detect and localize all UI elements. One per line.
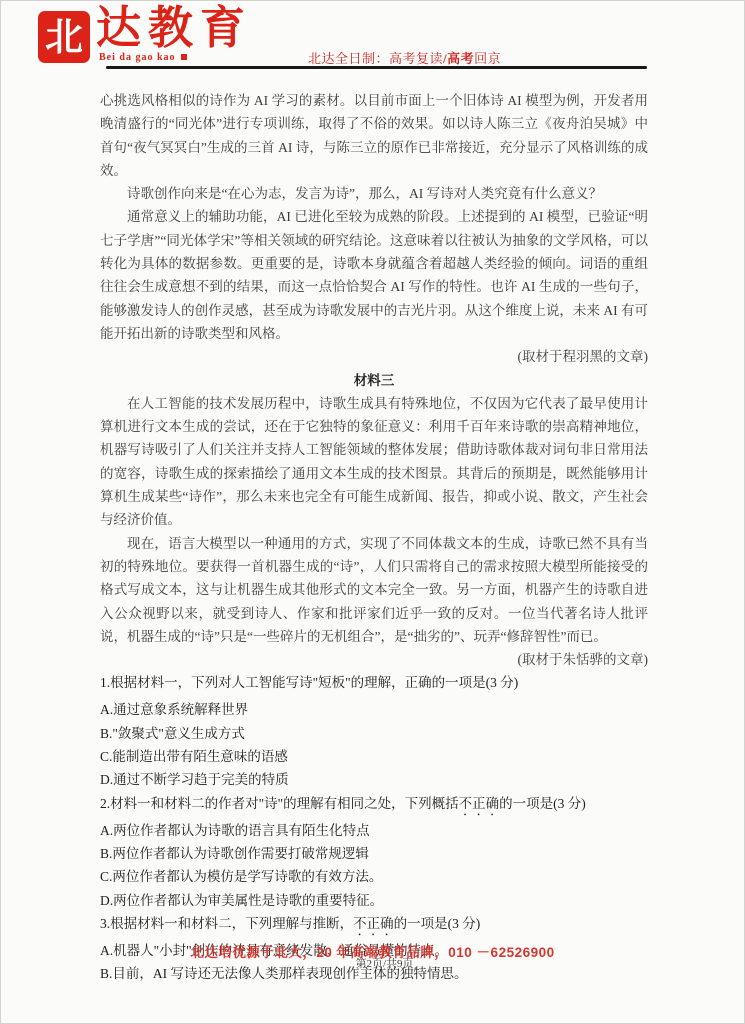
question-2-stem-text: 2.材料一和材料二的作者对"诗"的理解有相同之处，下列概括 [100, 796, 459, 811]
question-2-option-a: A.两位作者都认为诗歌的语言具有陌生化特点 [100, 819, 648, 842]
question-2-stem-emphasis: 不正确 [459, 796, 500, 811]
paragraph: 在人工智能的技术发展历程中，诗歌生成具有特殊地位，不仅因为它代表了最早使用计算机… [100, 392, 648, 532]
paragraph: 现在，语言大模型以一种通用的方式，实现了不同体裁文本的生成，诗歌已然不具有当初的… [100, 532, 648, 648]
question-1-stem: 1.根据材料一，下列对人工智能写诗"短板"的理解，正确的一项是(3 分) [100, 671, 648, 698]
source-attribution-material2: (取材于程羽黑的文章) [100, 345, 648, 368]
question-1-option-c: C.能制造出带有陌生意味的语感 [100, 745, 648, 768]
brand-name: 达教育 [96, 4, 252, 52]
question-1-option-b: B."敛聚式"意义生成方式 [100, 722, 648, 745]
page-indicator: 第2页/共9页 [24, 955, 745, 971]
question-3-stem-text: 3.根据材料一和材料二，下列理解与推断， [100, 916, 353, 931]
red-square-icon [181, 54, 187, 60]
brand-seal-icon: 北 [38, 11, 90, 63]
question-1-stem-text: 1.根据材料一，下列对人工智能写诗"短板"的理解，正确的一项是(3 分) [100, 675, 518, 690]
question-1-option-d: D.通过不断学习趋于完美的特质 [100, 768, 648, 791]
question-3-stem: 3.根据材料一和材料二，下列理解与推断，不正确的一项是(3 分) [100, 912, 648, 939]
question-2-option-d: D.两位作者都认为审美属性是诗歌的重要特征。 [100, 889, 648, 912]
question-3-stem-tail: 的一项是(3 分) [394, 916, 481, 931]
paragraph: 通常意义上的辅助功能，AI 已进化至较为成熟的阶段。上述提到的 AI 模型，已验… [100, 205, 648, 345]
material3-heading: 材料三 [100, 369, 648, 392]
brand-subtext-label: Bei da gao kao [99, 52, 176, 63]
question-2-option-b: B.两位作者都认为诗歌创作需要打破常规逻辑 [100, 842, 648, 865]
tagline-post: 回京 [474, 51, 501, 66]
header-divider [106, 66, 647, 69]
tagline-pre: 北达全日制：高考复读 [308, 51, 443, 66]
question-2-stem: 2.材料一和材料二的作者对"诗"的理解有相同之处，下列概括不正确的一项是(3 分… [100, 792, 648, 819]
paragraph: 心挑选风格相似的诗作为 AI 学习的素材。以目前市面上一个旧体诗 AI 模型为例… [100, 89, 648, 182]
document-body: 心挑选风格相似的诗作为 AI 学习的素材。以目前市面上一个旧体诗 AI 模型为例… [100, 89, 648, 985]
paragraph: 诗歌创作向来是“在心为志，发言为诗”，那么，AI 写诗对人类究竟有什么意义？ [100, 182, 648, 205]
question-3-stem-emphasis: 不正确 [353, 916, 394, 931]
tagline-bold: /高考 [443, 51, 474, 66]
brand-subtext: Bei da gao kao [99, 52, 187, 63]
source-attribution-material3: (取材于朱恬骅的文章) [100, 648, 648, 671]
question-2-option-c: C.两位作者都认为模仿是学写诗歌的有效方法。 [100, 865, 648, 888]
question-2-stem-tail: 的一项是(3 分) [499, 796, 586, 811]
question-1-option-a: A.通过意象系统解释世界 [100, 698, 648, 721]
questions-section: 1.根据材料一，下列对人工智能写诗"短板"的理解，正确的一项是(3 分) A.通… [100, 671, 648, 985]
header-tagline: 北达全日制：高考复读/高考回京 [308, 48, 501, 67]
document-page: 北 达教育 Bei da gao kao 北达全日制：高考复读/高考回京 心挑选… [0, 0, 745, 1024]
